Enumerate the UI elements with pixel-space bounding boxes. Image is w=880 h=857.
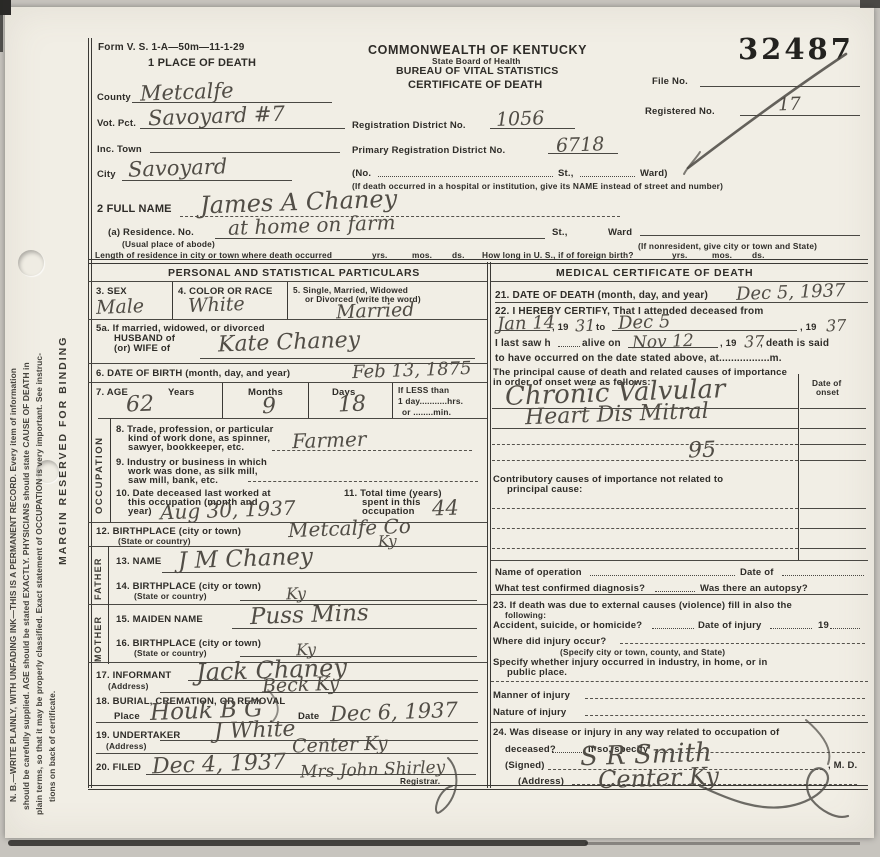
reg-district-line: [490, 128, 575, 129]
file-no-label: File No.: [652, 76, 688, 87]
residence-label: (a) Residence. No.: [108, 227, 194, 238]
county-label: County: [97, 92, 131, 103]
margin-binding-label: MARGIN RESERVED FOR BINDING: [57, 336, 69, 565]
death-certificate-scan: N. B.—WRITE PLAINLY, WITH UNFADING INK—T…: [0, 0, 880, 857]
undertaker-address-label: (Address): [106, 741, 147, 751]
city-label: City: [97, 169, 116, 180]
rule: [612, 330, 797, 331]
form-number: Form V. S. 1-A—50m—11-1-29: [98, 42, 245, 53]
related-occupation-label2: deceased?: [505, 744, 556, 755]
rule: [162, 572, 477, 573]
rule: [770, 628, 812, 629]
yrs2-label: yrs.: [672, 250, 688, 260]
burial-place-label: Place: [114, 711, 140, 722]
rule: [800, 428, 866, 429]
rule: [800, 460, 866, 461]
rule: [146, 774, 476, 775]
commonwealth-title: COMMONWEALTH OF KENTUCKY: [368, 43, 587, 57]
inc-town-label: Inc. Town: [97, 144, 142, 155]
specify-city-note: (Specify city or town, county, and State…: [560, 647, 725, 657]
from-year-prefix: , 19: [552, 322, 569, 333]
rule: [98, 418, 487, 419]
rule: [800, 508, 866, 509]
residence-line: [215, 238, 545, 239]
age-label: 7. AGE: [96, 387, 128, 398]
rule: [572, 784, 857, 785]
primary-reg-label: Primary Registration District No.: [352, 145, 505, 156]
birthplace-state-value: Ky: [378, 532, 397, 551]
informant-label: 17. INFORMANT: [96, 670, 171, 681]
file-no-line: [700, 86, 860, 87]
informant-address-label: (Address): [108, 681, 149, 691]
rule: [492, 548, 798, 549]
rule: [492, 444, 798, 445]
street-line: [580, 176, 635, 177]
rule: [160, 740, 478, 741]
occurred-line: to have occurred on the date stated abov…: [495, 353, 782, 364]
total-time-value: 44: [432, 496, 460, 521]
vot-pct-value: Savoyard #7: [148, 102, 286, 131]
rule: [558, 346, 580, 347]
personal-section-title: PERSONAL AND STATISTICAL PARTICULARS: [168, 267, 420, 279]
vot-pct-label: Vot. Pct.: [97, 118, 136, 129]
rule: [492, 460, 798, 461]
last-saw-label3: , death is said: [760, 338, 829, 349]
rule: [800, 528, 866, 529]
informant-address-value: Beck Ky: [262, 673, 340, 698]
rule: [590, 575, 735, 576]
occupation-box-divider: [110, 418, 111, 522]
rule: [491, 722, 868, 723]
margin-note-line2: should be carefully supplied. AGE should…: [21, 362, 31, 810]
place-of-death-title: 1 PLACE OF DEATH: [148, 57, 256, 69]
last-saw-label1: I last saw h: [495, 338, 551, 349]
if-less-than-label: If LESS than: [398, 385, 449, 395]
city-line: [122, 180, 292, 181]
or-min-label: or ........min.: [402, 407, 451, 417]
hospital-note: (If death occurred in a hospital or inst…: [352, 181, 723, 191]
rule: [248, 481, 478, 482]
mother-name-label: 15. MAIDEN NAME: [116, 614, 203, 625]
street-no-label: (No.: [352, 168, 371, 179]
rule: [491, 594, 868, 595]
spouse-value: Kate Chaney: [218, 328, 361, 358]
dob-value: Feb 13, 1875: [352, 358, 472, 383]
last-worked-label3: year): [128, 506, 152, 517]
operation-label: Name of operation: [495, 567, 582, 578]
rule: [585, 715, 865, 716]
city-value: Savoyard: [128, 154, 228, 181]
occupation-vertical-label: OCCUPATION: [94, 437, 105, 514]
trade-label3: sawyer, bookkeeper, etc.: [128, 442, 244, 453]
attended-to-year: 37: [826, 316, 847, 336]
physician-address-label: (Address): [518, 776, 564, 787]
rule: [492, 528, 798, 529]
registered-no-value: 17: [778, 94, 802, 116]
length-residence-label: Length of residence in city or town wher…: [95, 250, 332, 260]
mother-name-value: Puss Mins: [250, 600, 370, 630]
physician-address-value: Center Ky: [598, 762, 720, 794]
rule: [800, 408, 866, 409]
certificate-number: 32487: [738, 32, 854, 66]
scan-artifact: [0, 0, 3, 52]
rule: [655, 591, 695, 592]
form-bottom-border: [88, 785, 868, 790]
rule: [620, 643, 865, 644]
to-word: to: [596, 322, 605, 333]
rule: [272, 450, 472, 451]
test-label: What test confirmed diagnosis?: [495, 583, 645, 594]
hole-punch: [18, 250, 44, 276]
vot-pct-line: [140, 128, 345, 129]
yrs-label: yrs.: [372, 250, 388, 260]
filed-label: 20. FILED: [96, 762, 141, 773]
external-causes-label2: following:: [505, 610, 546, 620]
rule: [88, 319, 487, 320]
how-long-label: How long in U. S., if of foreign birth?: [482, 250, 634, 260]
rule: [88, 382, 487, 383]
column-divider: [487, 262, 491, 788]
abode-note: (Usual place of abode): [122, 239, 215, 249]
ds-label: ds.: [452, 250, 465, 260]
md-label: , M. D.: [828, 760, 857, 771]
rule: [830, 628, 860, 629]
rule: [782, 575, 864, 576]
scan-artifact: [860, 0, 880, 8]
full-name-label: 2 FULL NAME: [97, 203, 172, 215]
father-name-label: 13. NAME: [116, 556, 161, 567]
signed-label: (Signed): [505, 760, 545, 771]
mother-bp-state-label: (State or country): [134, 648, 207, 658]
dod-label: 21. DATE OF DEATH (month, day, and year): [495, 290, 708, 301]
date-of-label: Date of: [740, 567, 774, 578]
where-injury-label: Where did injury occur?: [493, 636, 606, 647]
rule: [160, 692, 478, 693]
specify-injury-label2: public place.: [507, 667, 567, 678]
margin-note-line4: tions on back of certificate.: [47, 691, 57, 802]
accident-label: Accident, suicide, or homicide?: [493, 620, 642, 631]
nature-injury-label: Nature of injury: [493, 707, 566, 718]
cell-divider: [308, 383, 309, 418]
father-name-value: J M Chaney: [178, 544, 314, 575]
attended-from-year: 31: [575, 316, 596, 336]
primary-reg-line: [548, 153, 618, 154]
attended-from-value: Jan 14: [497, 312, 556, 335]
rule: [491, 560, 868, 561]
rule: [495, 302, 868, 303]
date-onset-box: [798, 374, 799, 560]
age-days-value: 18: [338, 392, 367, 418]
registered-no-label: Registered No.: [645, 106, 715, 117]
last-saw-year-prefix: , 19: [720, 338, 737, 349]
last-worked-value: Aug 30, 1937: [160, 496, 296, 525]
rule: [552, 752, 582, 753]
street-label: St.,: [558, 168, 574, 179]
nineteen-label: 19: [818, 620, 829, 631]
cell-divider: [287, 282, 288, 319]
medical-section-title: MEDICAL CERTIFICATE OF DEATH: [556, 267, 753, 279]
registered-no-line: [740, 115, 860, 116]
date-injury-label: Date of injury: [698, 620, 762, 631]
mother-vertical-label: MOTHER: [93, 616, 103, 662]
street-no-line: [378, 176, 553, 177]
scan-artifact: [585, 842, 860, 845]
father-box-divider: [108, 546, 109, 604]
rule: [491, 681, 868, 682]
race-value: White: [188, 293, 245, 317]
rule: [800, 444, 866, 445]
bureau-subtitle: BUREAU OF VITAL STATISTICS: [396, 65, 559, 77]
manner-injury-label: Manner of injury: [493, 690, 570, 701]
date-onset-label2: onset: [816, 387, 839, 397]
rule: [628, 347, 718, 348]
contributory-label2: principal cause:: [507, 484, 583, 495]
cell-divider: [172, 282, 173, 319]
burial-date-label: Date: [298, 711, 319, 722]
form-left-border: [88, 38, 92, 788]
residence-ward-line: [640, 235, 860, 236]
reg-district-label: Registration District No.: [352, 120, 466, 131]
ward-label: Ward): [640, 168, 668, 179]
years-label: Years: [168, 387, 194, 398]
registrar-label: Registrar.: [400, 776, 440, 786]
rule: [495, 330, 550, 331]
margin-note-line3: plain terms, so that it may be properly …: [34, 353, 44, 815]
cell-divider: [392, 383, 393, 418]
scan-artifact: [8, 840, 588, 846]
ds2-label: ds.: [752, 250, 765, 260]
cell-divider: [222, 383, 223, 418]
age-months-value: 9: [262, 394, 277, 419]
rule: [652, 628, 694, 629]
certificate-title: CERTIFICATE OF DEATH: [408, 79, 542, 91]
inc-town-line: [150, 152, 340, 153]
wife-of-label: (or) WIFE of: [114, 343, 170, 354]
birthplace-state-label: (State or country): [118, 536, 191, 546]
one-day-hrs-label: 1 day...........hrs.: [398, 396, 463, 406]
sex-value: Male: [96, 295, 145, 319]
mother-box-divider: [108, 604, 109, 664]
residence-st-label: St.,: [552, 227, 568, 238]
related-occupation-label1: 24. Was disease or injury in any way rel…: [493, 727, 779, 738]
autopsy-label: Was there an autopsy?: [700, 583, 808, 594]
dob-label: 6. DATE OF BIRTH (month, day, and year): [96, 368, 290, 379]
last-saw-value: Nov 12: [632, 331, 694, 353]
residence-ward-label: Ward: [608, 227, 632, 238]
age-years-value: 62: [126, 392, 155, 418]
rule: [232, 628, 477, 629]
rule: [800, 548, 866, 549]
mos-label: mos.: [412, 250, 432, 260]
father-vertical-label: FATHER: [93, 557, 103, 600]
rule: [492, 428, 798, 429]
rule: [585, 698, 865, 699]
to-year-prefix: , 19: [800, 322, 817, 333]
margin-note-line1: N. B.—WRITE PLAINLY, WITH UNFADING INK—T…: [8, 368, 18, 802]
mos2-label: mos.: [712, 250, 732, 260]
father-bp-state-label: (State or country): [134, 591, 207, 601]
rule: [492, 508, 798, 509]
industry-label3: saw mill, bank, etc.: [128, 475, 218, 486]
last-saw-label2: alive on: [582, 338, 621, 349]
